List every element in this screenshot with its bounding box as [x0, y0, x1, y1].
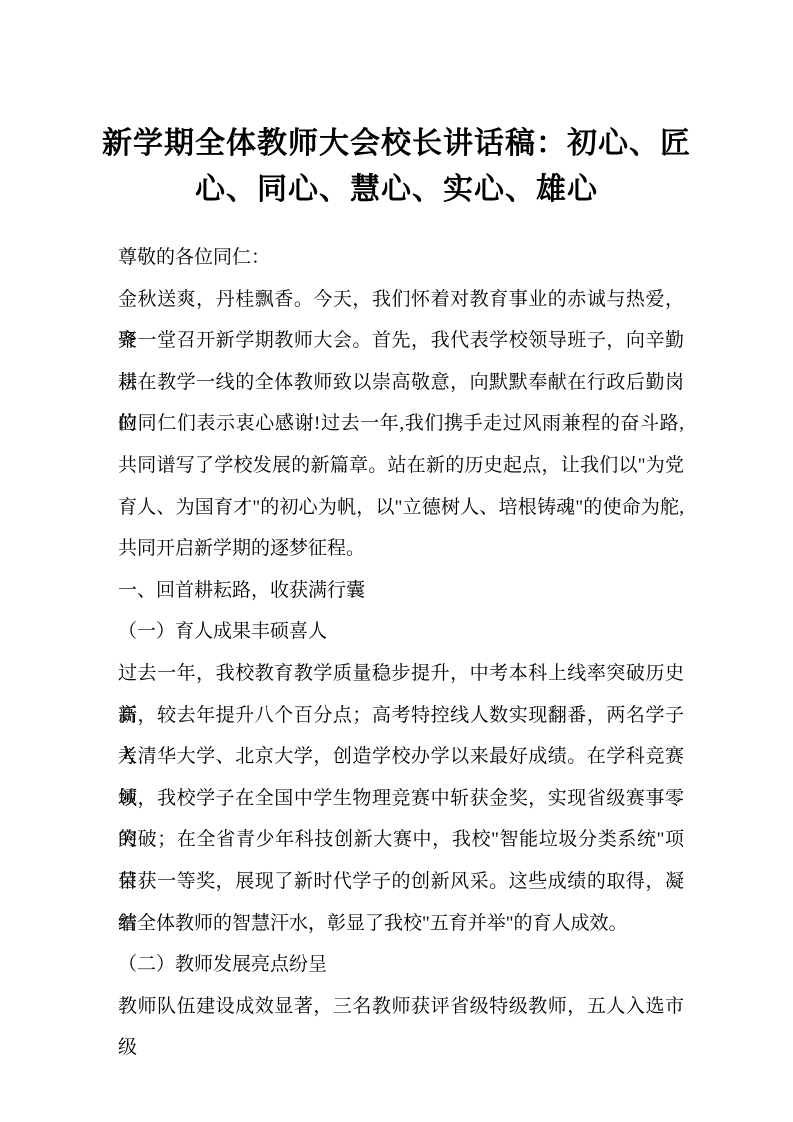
document-body-line: （二）教师发展亮点纷呈 [118, 944, 684, 986]
document-body-line: 高，较去年提升八个百分点；高考特控线人数实现翻番，两名学子考 [118, 695, 684, 737]
document-body-line: 着全体教师的智慧汗水，彰显了我校"五育并举"的育人成效。 [118, 903, 684, 945]
document-body-line: 共同谱写了学校发展的新篇章。站在新的历史起点，让我们以"为党 [118, 445, 684, 487]
document-body-line: 的同仁们表示衷心感谢!过去一年,我们携手走过风雨兼程的奋斗路, [118, 403, 684, 445]
document-body-line: 入清华大学、北京大学，创造学校办学以来最好成绩。在学科竞赛领 [118, 736, 684, 778]
document-body-line: 尊敬的各位同仁： [118, 237, 684, 279]
document-body-line: 突破；在全省青少年科技创新大赛中，我校"智能垃圾分类系统"项目 [118, 819, 684, 861]
document-body: 尊敬的各位同仁：金秋送爽，丹桂飘香。今天，我们怀着对教育事业的赤诚与热爱，齐聚一… [118, 237, 684, 1027]
document-body-line: （一）育人成果丰硕喜人 [118, 611, 684, 653]
document-body-line: 荣获一等奖，展现了新时代学子的创新风采。这些成绩的取得，凝结 [118, 861, 684, 903]
document-body-line: 过去一年，我校教育教学质量稳步提升，中考本科上线率突破历史新 [118, 653, 684, 695]
document-body-line: 教师队伍建设成效显著，三名教师获评省级特级教师，五人入选市级 [118, 986, 684, 1028]
document-title: 新学期全体教师大会校长讲话稿：初心、匠心、同心、慧心、实心、雄心 [90, 121, 703, 213]
document-body-line: 金秋送爽，丹桂飘香。今天，我们怀着对教育事业的赤诚与热爱，齐 [118, 279, 684, 321]
document-body-line: 耘在教学一线的全体教师致以崇高敬意，向默默奉献在行政后勤岗位 [118, 362, 684, 404]
document-body-line: 育人、为国育才"的初心为帆，以"立德树人、培根铸魂"的使命为舵, [118, 487, 684, 529]
document-body-line: 域，我校学子在全国中学生物理竞赛中斩获金奖，实现省级赛事零的 [118, 778, 684, 820]
document-body-line: 聚一堂召开新学期教师大会。首先，我代表学校领导班子，向辛勤耕 [118, 320, 684, 362]
document-page: 新学期全体教师大会校长讲话稿：初心、匠心、同心、慧心、实心、雄心 尊敬的各位同仁… [0, 0, 793, 1122]
document-title-line: 心、同心、慧心、实心、雄心 [90, 167, 703, 213]
document-title-line: 新学期全体教师大会校长讲话稿：初心、匠 [90, 121, 703, 167]
document-body-line: 一、回首耕耘路，收获满行囊 [118, 570, 684, 612]
document-body-line: 共同开启新学期的逐梦征程。 [118, 528, 684, 570]
